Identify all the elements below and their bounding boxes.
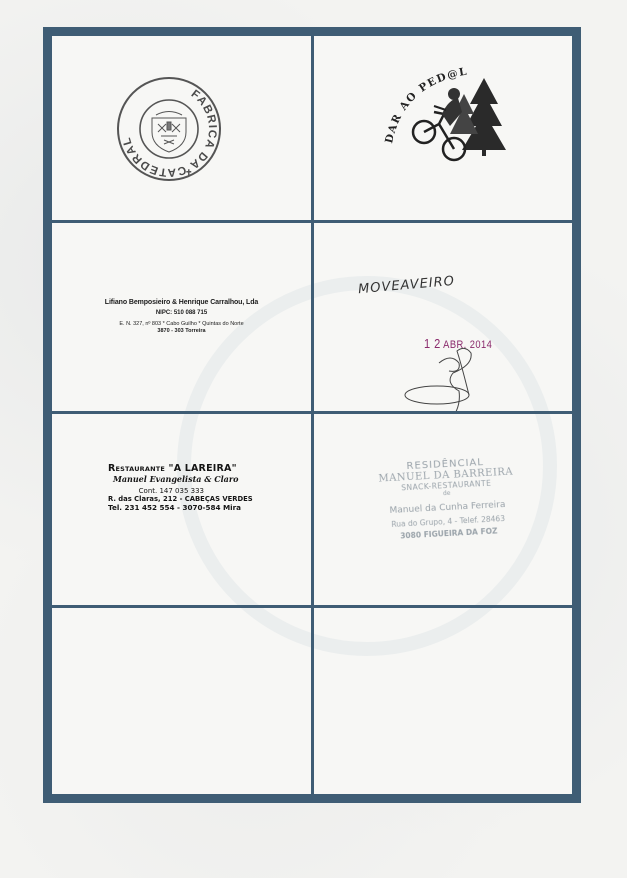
- cell-moveaveiro-stamp: MOVEAVEIRO 1 2 ABR. 2014: [314, 223, 572, 411]
- restaurant-title: RESTAURANTE "A LAREIRA": [108, 463, 253, 474]
- cell-empty-left: [52, 608, 311, 794]
- cell-restaurant-stamp: RESTAURANTE "A LAREIRA" Manuel Evangelis…: [52, 414, 311, 605]
- restaurant-contrib: Cont. 147 035 333: [108, 487, 235, 495]
- restaurant-owner: Manuel Evangelista & Claro: [113, 474, 253, 484]
- cathedral-seal: FABRICA DA CATEDRAL DO PORTO ✝: [114, 74, 224, 184]
- restaurant-prefix-small: ESTAURANTE: [116, 465, 166, 473]
- cell-empty-right: [314, 608, 572, 794]
- restaurant-name: "A LAREIRA": [169, 463, 237, 474]
- company-postcode: 3870 - 303 Torreira: [52, 328, 311, 334]
- cell-company-stamp: Lifiano Bemposieiro & Henrique Carralhou…: [52, 223, 311, 411]
- cell-residencial-stamp: RESIDÊNCIAL MANUEL DA BARREIRA SNACK-RES…: [314, 414, 572, 605]
- stamp-grid-frame: FABRICA DA CATEDRAL DO PORTO ✝ DAR AO P: [43, 27, 581, 803]
- restaurant-prefix-big: R: [108, 463, 116, 474]
- signature-icon: [399, 343, 509, 411]
- company-stamp: Lifiano Bemposieiro & Henrique Carralhou…: [52, 299, 311, 334]
- dar-ao-pedal-logo: DAR AO PED@L: [384, 54, 509, 164]
- pine-tree-icon: [450, 78, 506, 156]
- restaurant-stamp: RESTAURANTE "A LAREIRA" Manuel Evangelis…: [108, 463, 253, 512]
- handwritten-name: MOVEAVEIRO: [358, 274, 456, 297]
- company-nipc: NIPC: 510 088 715: [52, 310, 311, 316]
- restaurant-phone: Tel. 231 452 554 - 3070-584 Mira: [108, 503, 253, 512]
- cell-pedal-stamp: DAR AO PED@L: [314, 36, 572, 220]
- residencial-stamp: RESIDÊNCIAL MANUEL DA BARREIRA SNACK-RES…: [340, 454, 554, 544]
- restaurant-street: R. das Claras, 212 - CABEÇAS VERDES: [108, 495, 253, 503]
- cell-cathedral-stamp: FABRICA DA CATEDRAL DO PORTO ✝: [52, 36, 311, 220]
- company-address: E. N. 327, nº 803 * Cabo Guilho * Quinta…: [52, 321, 311, 327]
- coat-of-arms-icon: [152, 112, 186, 153]
- company-name: Lifiano Bemposieiro & Henrique Carralhou…: [52, 299, 311, 306]
- seal-cross-symbol: ✝: [185, 168, 193, 178]
